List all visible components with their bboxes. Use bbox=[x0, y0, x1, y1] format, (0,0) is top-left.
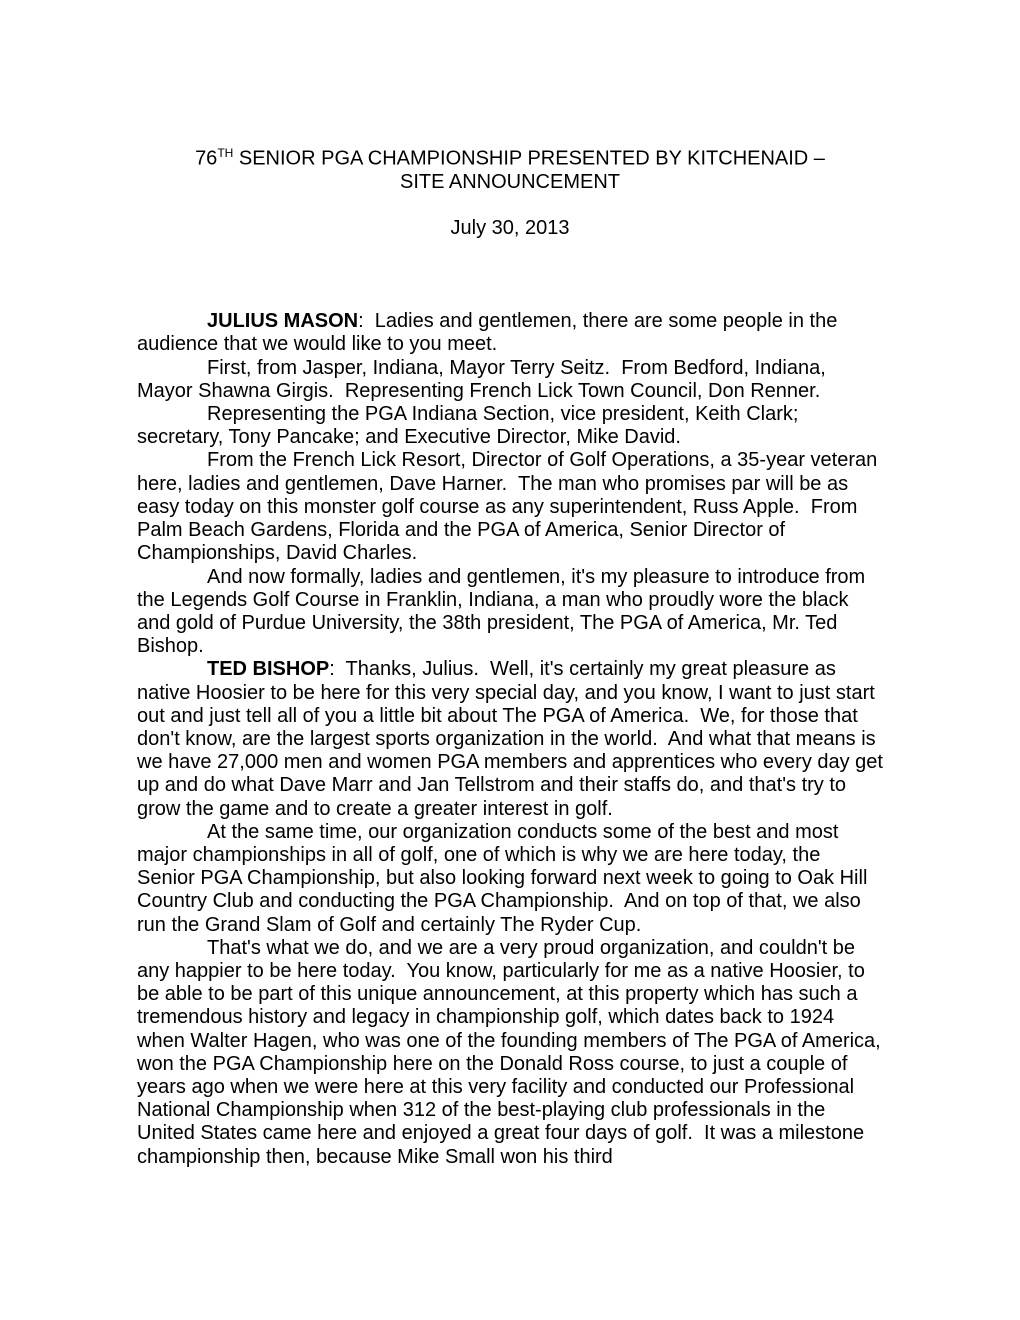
paragraph: JULIUS MASON: Ladies and gentlemen, ther… bbox=[137, 310, 883, 356]
title-number: 76 bbox=[195, 148, 217, 170]
paragraph-text: At the same time, our organization condu… bbox=[137, 821, 873, 936]
document-content: 76TH SENIOR PGA CHAMPIONSHIP PRESENTED B… bbox=[137, 142, 883, 1169]
paragraph-text: : Thanks, Julius. Well, it's certainly m… bbox=[137, 658, 889, 819]
document-body: JULIUS MASON: Ladies and gentlemen, ther… bbox=[137, 310, 883, 1169]
paragraph-text: From the French Lick Resort, Director of… bbox=[137, 449, 883, 564]
paragraph-text: And now formally, ladies and gentlemen, … bbox=[137, 566, 871, 658]
title-line-1: 76TH SENIOR PGA CHAMPIONSHIP PRESENTED B… bbox=[137, 142, 883, 171]
document-page: 76TH SENIOR PGA CHAMPIONSHIP PRESENTED B… bbox=[0, 0, 1020, 1320]
title-line-2: SITE ANNOUNCEMENT bbox=[137, 171, 883, 194]
paragraph: That's what we do, and we are a very pro… bbox=[137, 937, 883, 1169]
paragraph: TED BISHOP: Thanks, Julius. Well, it's c… bbox=[137, 658, 883, 820]
document-date: July 30, 2013 bbox=[137, 217, 883, 240]
paragraph: At the same time, our organization condu… bbox=[137, 821, 883, 937]
paragraph-text: That's what we do, and we are a very pro… bbox=[137, 937, 886, 1168]
paragraph-text: First, from Jasper, Indiana, Mayor Terry… bbox=[137, 357, 831, 402]
title-text: SENIOR PGA CHAMPIONSHIP PRESENTED BY KIT… bbox=[233, 148, 825, 170]
paragraph: From the French Lick Resort, Director of… bbox=[137, 449, 883, 565]
document-title: 76TH SENIOR PGA CHAMPIONSHIP PRESENTED B… bbox=[137, 142, 883, 194]
paragraph-text: Representing the PGA Indiana Section, vi… bbox=[137, 403, 804, 448]
title-ordinal-superscript: TH bbox=[217, 146, 233, 160]
paragraph: Representing the PGA Indiana Section, vi… bbox=[137, 403, 883, 449]
paragraph: First, from Jasper, Indiana, Mayor Terry… bbox=[137, 357, 883, 403]
paragraph: And now formally, ladies and gentlemen, … bbox=[137, 566, 883, 659]
speaker-name: TED BISHOP bbox=[207, 658, 329, 680]
speaker-name: JULIUS MASON bbox=[207, 310, 358, 332]
